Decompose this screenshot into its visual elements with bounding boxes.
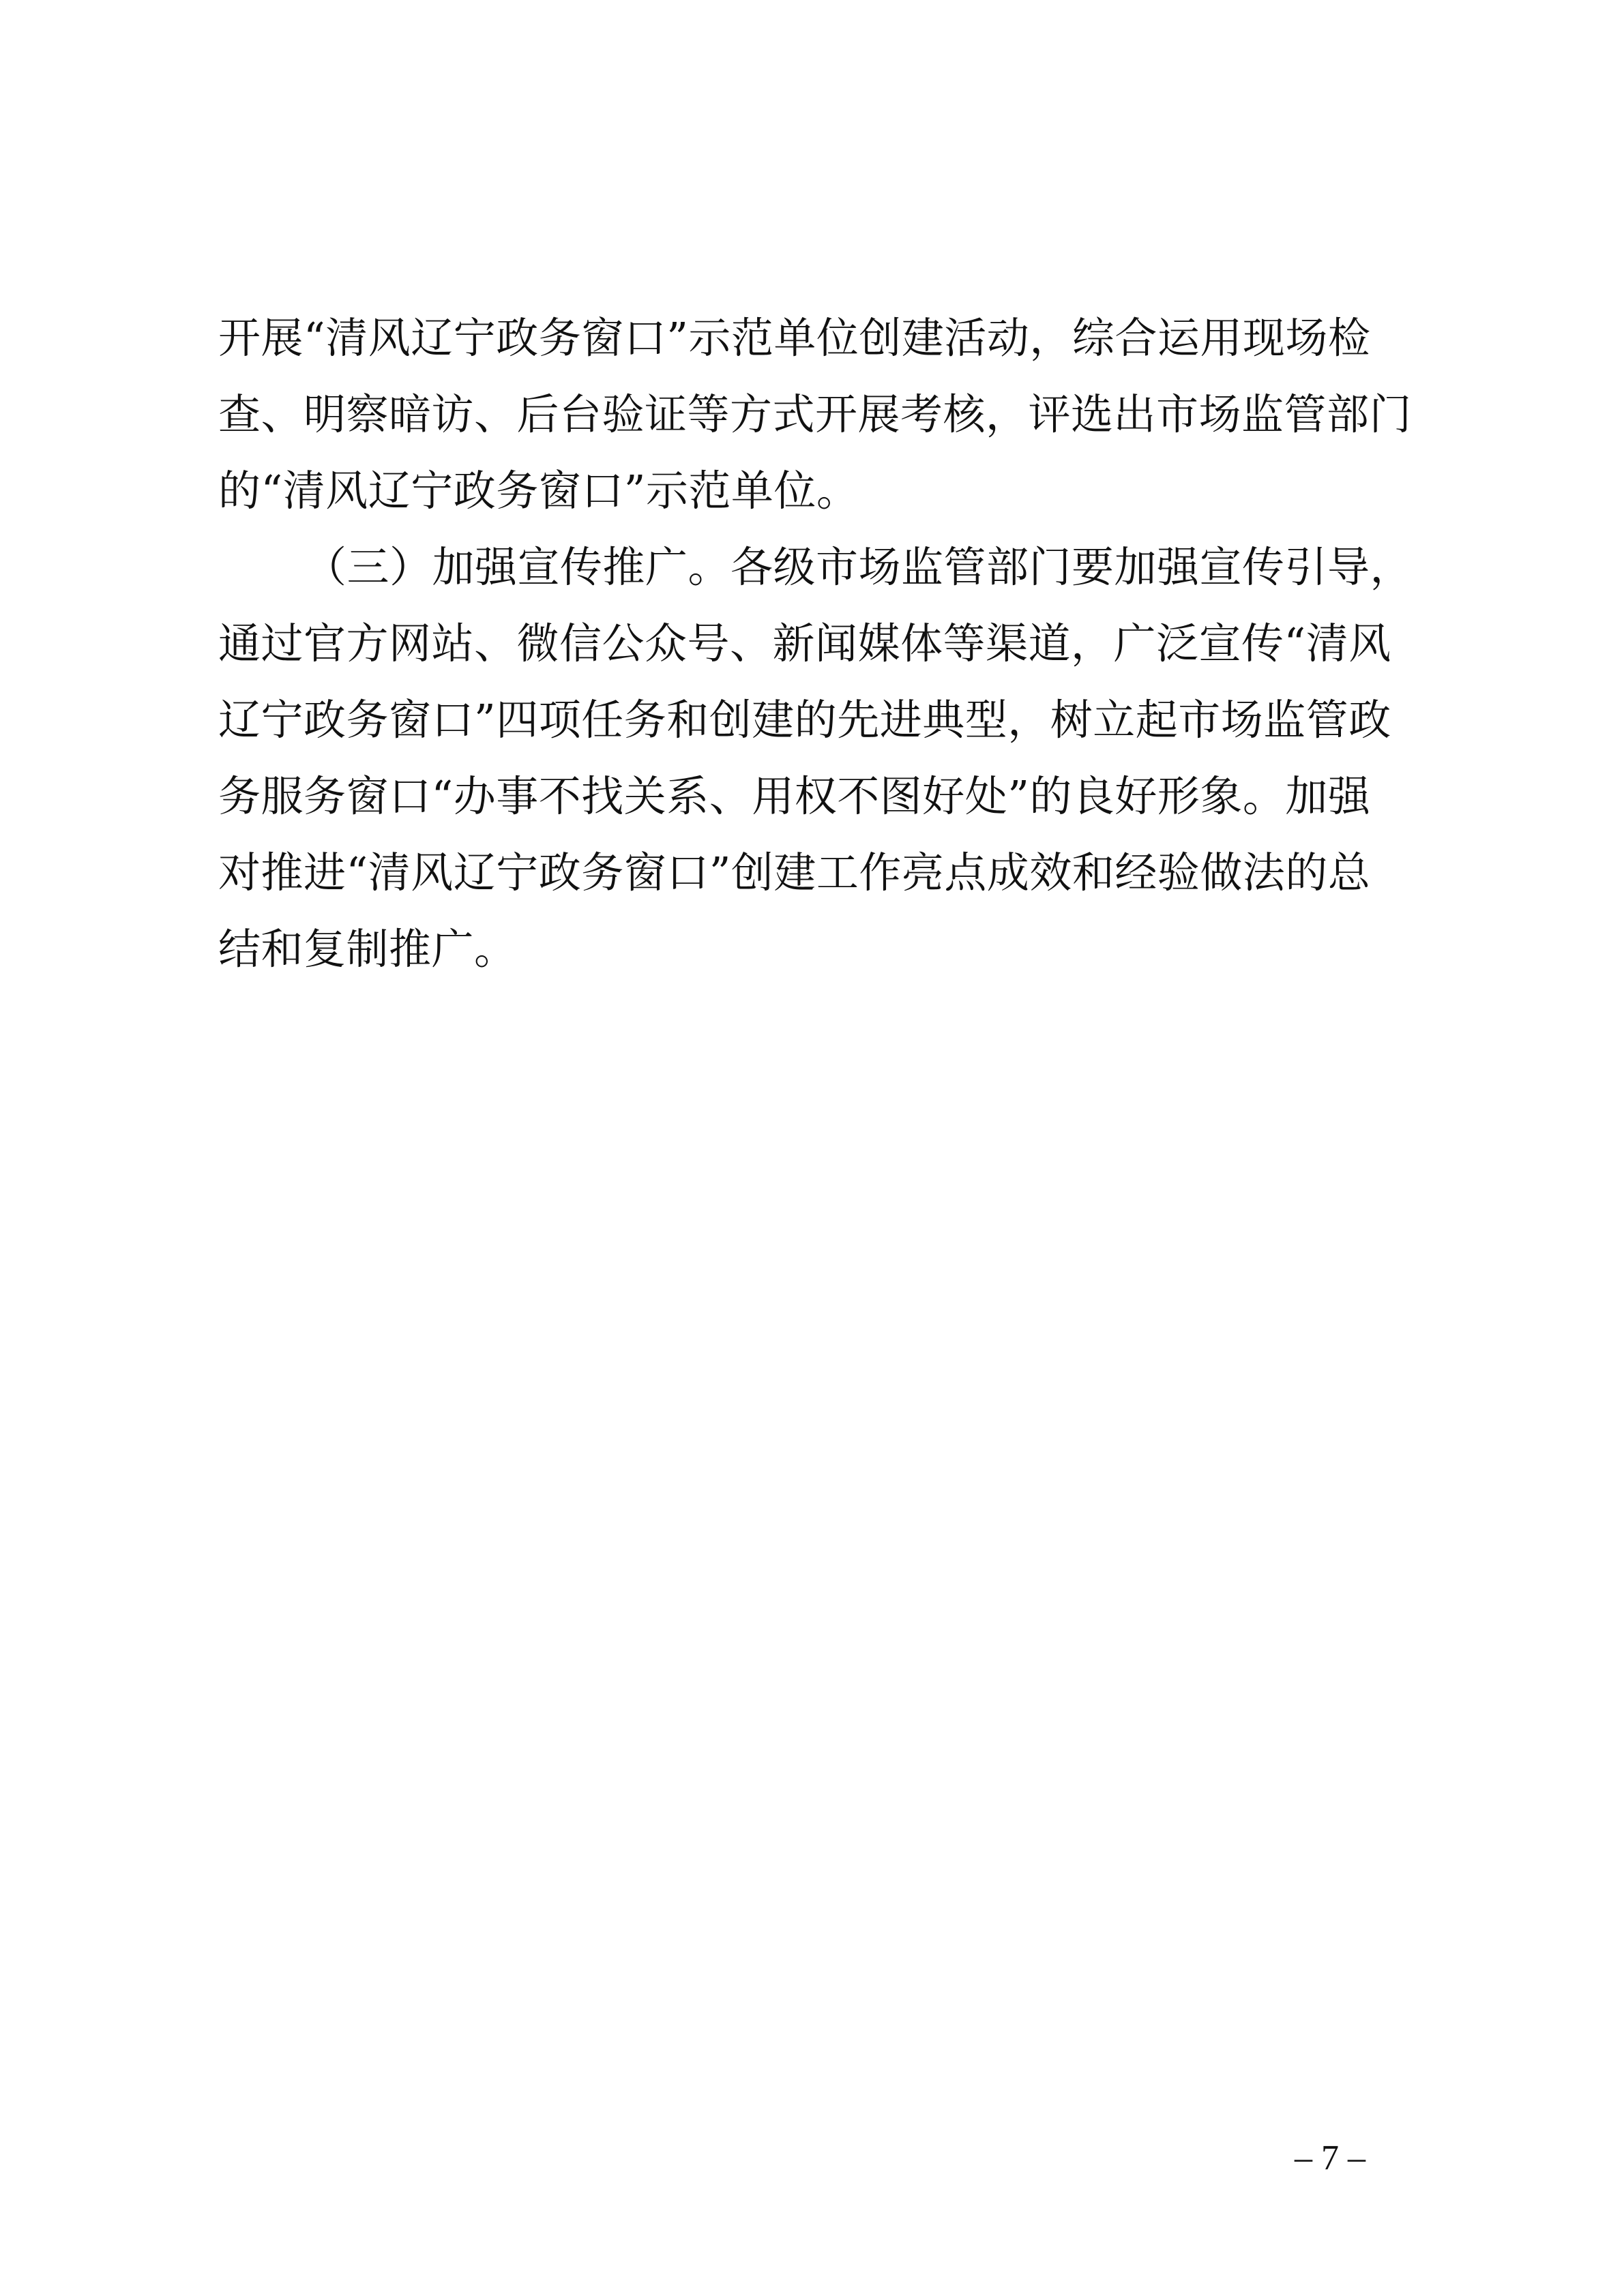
document-page: 开展“清风辽宁政务窗口”示范单位创建活动，综合运用现场检 查、明察暗访、后台验证…	[0, 0, 1624, 2296]
text-line: 开展“清风辽宁政务窗口”示范单位创建活动，综合运用现场检	[218, 300, 1426, 376]
body-text: 开展“清风辽宁政务窗口”示范单位创建活动，综合运用现场检 查、明察暗访、后台验证…	[218, 300, 1426, 987]
text-line: 的“清风辽宁政务窗口”示范单位。	[218, 453, 1426, 529]
paragraph-section-3-publicity: （三）加强宣传推广。各级市场监管部门要加强宣传引导， 通过官方网站、微信公众号、…	[218, 529, 1426, 987]
text-line: 结和复制推广。	[218, 911, 1426, 987]
text-line: 查、明察暗访、后台验证等方式开展考核，评选出市场监管部门	[218, 376, 1426, 453]
text-line: 辽宁政务窗口”四项任务和创建的先进典型，树立起市场监管政	[218, 682, 1426, 758]
page-number: – 7 –	[1289, 2138, 1371, 2179]
text-line: 务服务窗口“办事不找关系、用权不图好处”的良好形象。加强	[218, 758, 1426, 835]
text-line: 通过官方网站、微信公众号、新闻媒体等渠道，广泛宣传“清风	[218, 606, 1426, 682]
text-line: 对推进“清风辽宁政务窗口”创建工作亮点成效和经验做法的总	[218, 835, 1426, 911]
paragraph-demonstration-units: 开展“清风辽宁政务窗口”示范单位创建活动，综合运用现场检 查、明察暗访、后台验证…	[218, 300, 1426, 529]
section-heading-line: （三）加强宣传推广。各级市场监管部门要加强宣传引导，	[218, 529, 1426, 606]
